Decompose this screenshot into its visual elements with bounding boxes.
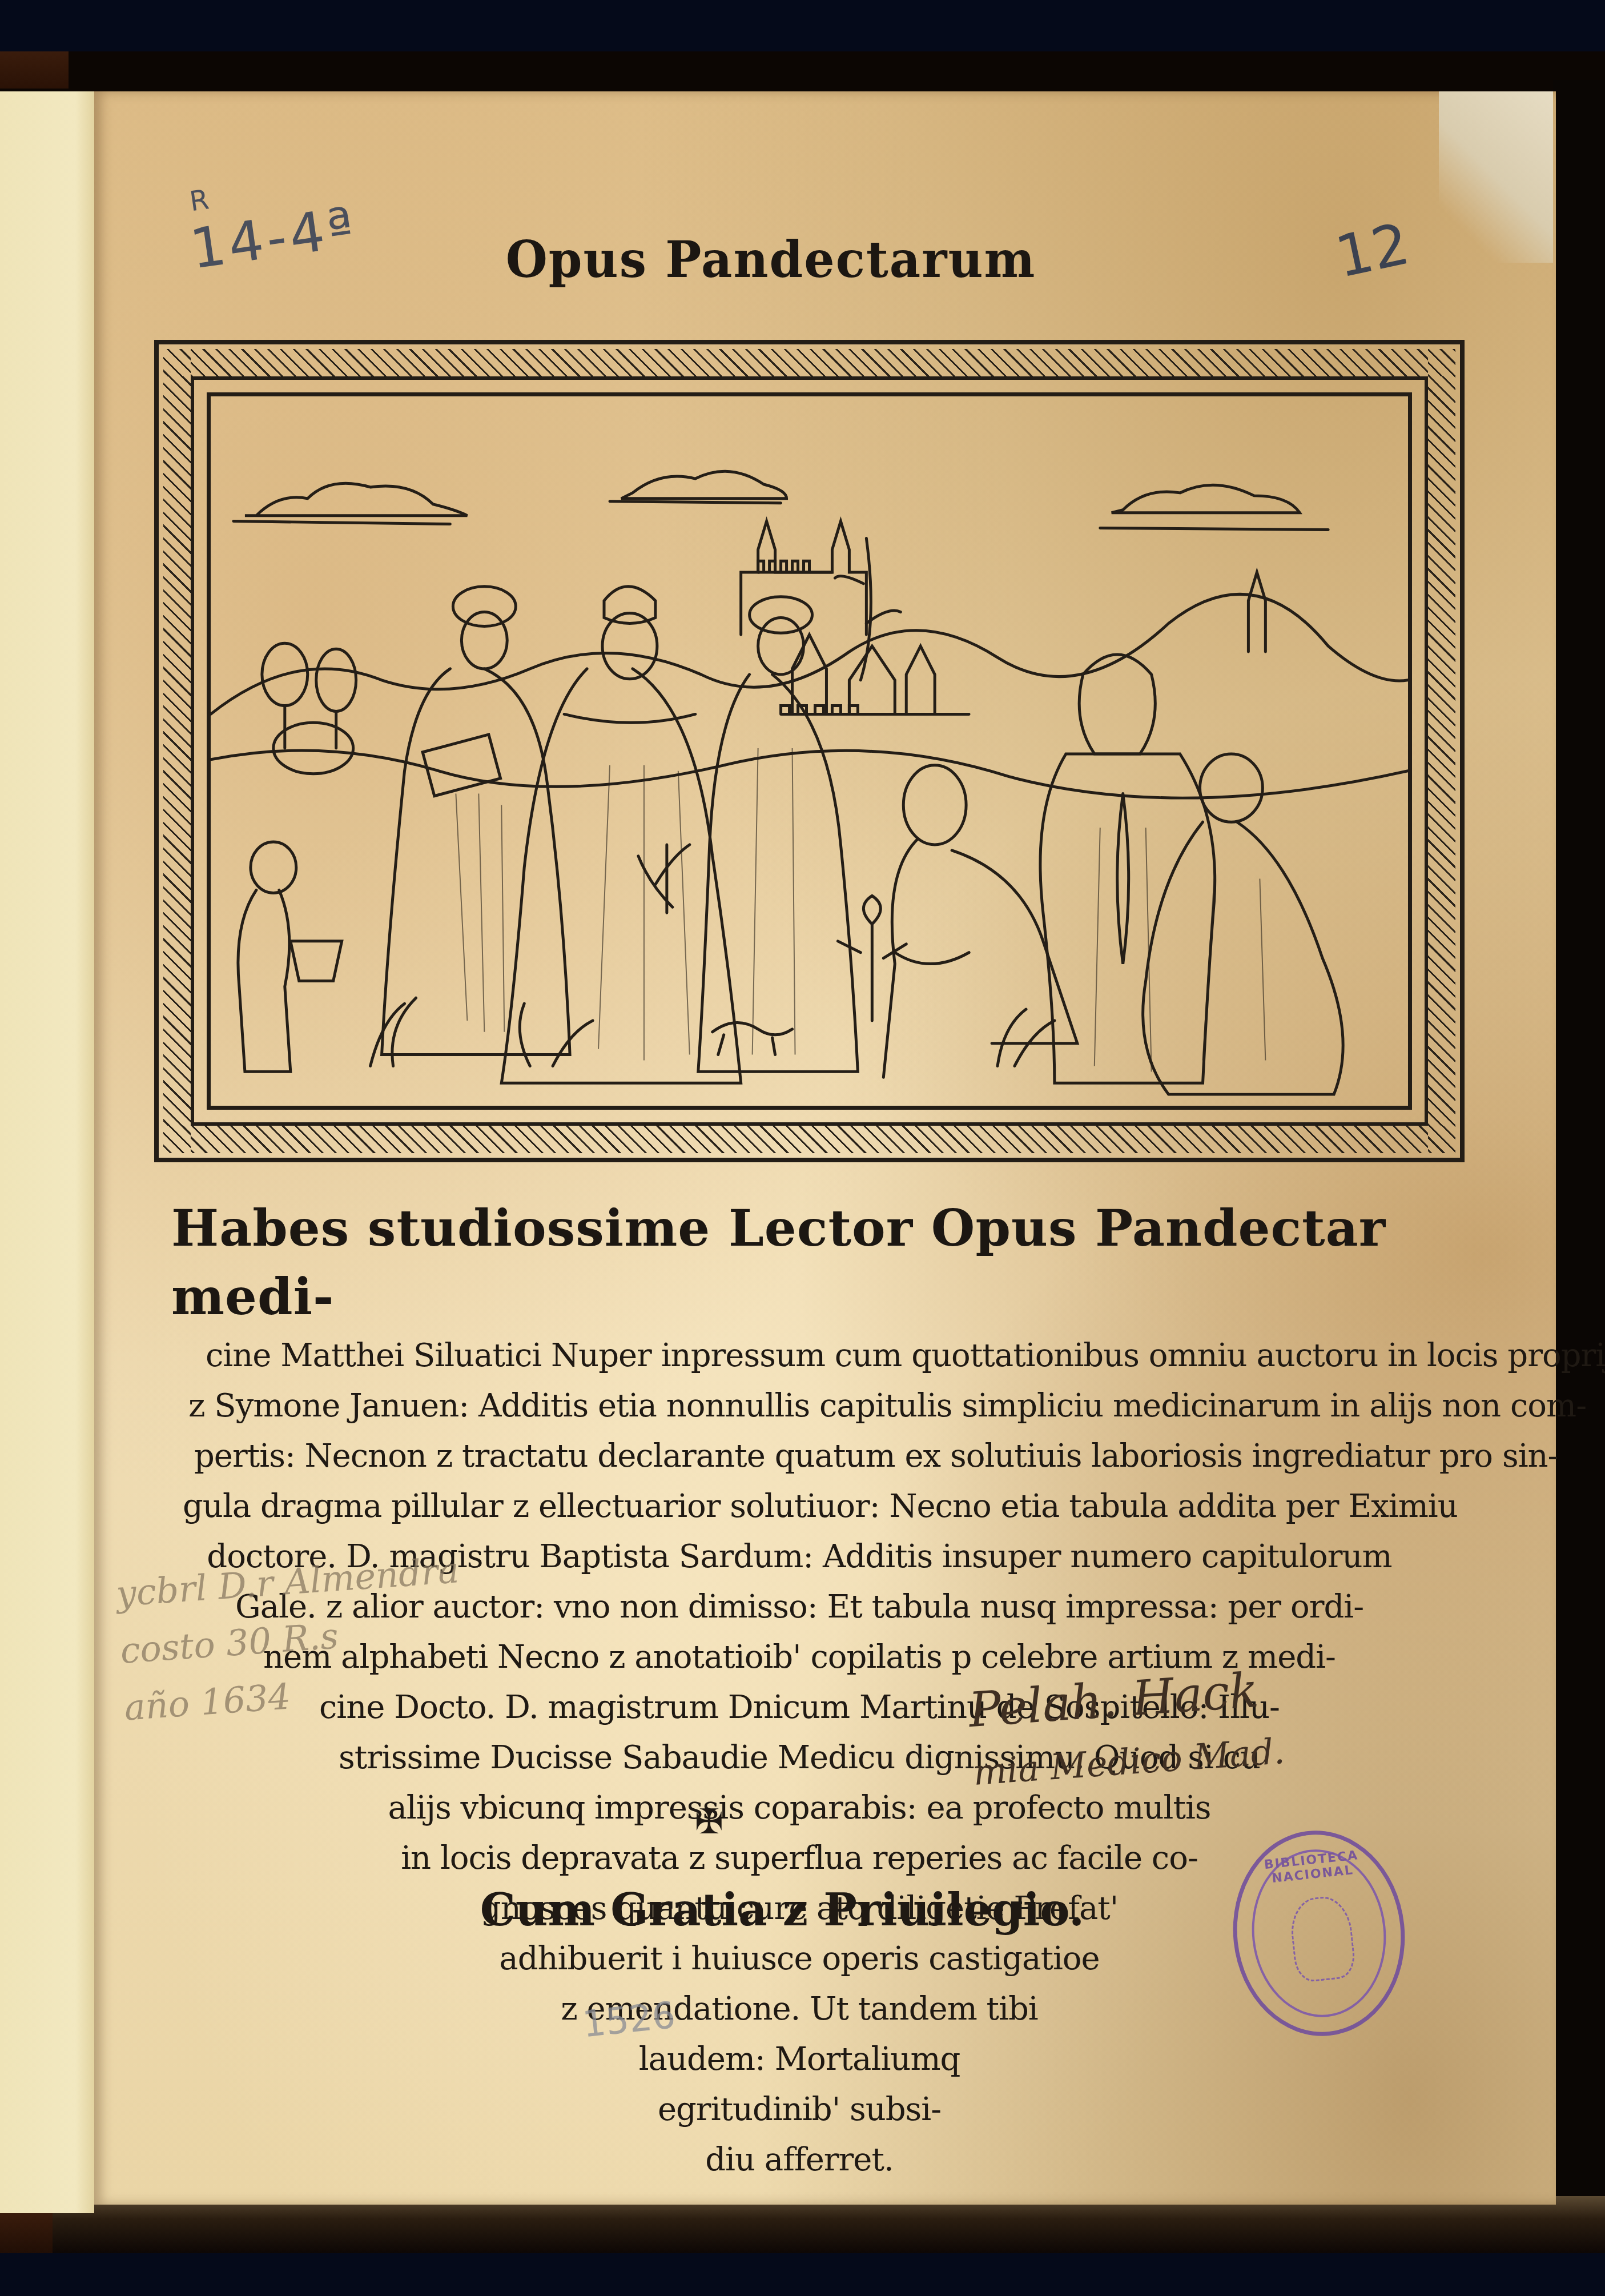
book-cover-right-edge	[1553, 80, 1605, 2216]
privilege-line: Cum Gratia z Priuilegio.	[474, 1885, 1091, 1936]
woodcut-illustration	[154, 340, 1465, 1162]
title-line: z Symone Januen: Additis etia nonnullis …	[171, 1381, 1427, 1431]
title-line: laudem: Mortaliumq	[171, 2034, 1427, 2085]
shelfmark-prefix: R	[188, 183, 211, 218]
title-line: pertis: Necnon z tractatu declarante qua…	[171, 1431, 1427, 1482]
title-line: alijs vbicunq impressis coparabis: ea pr…	[171, 1783, 1427, 1833]
leather-binding-corner	[0, 51, 69, 89]
woodcut-scene	[207, 392, 1412, 1110]
title-line: gula dragma pillular z ellectuarior solu…	[171, 1482, 1427, 1532]
running-title: Opus Pandectarum	[497, 233, 1045, 287]
ink-margin-note: ycbrl D.r Almendra costo 30 R.s año 1634	[114, 1542, 469, 1736]
cross-ornament-icon: ✠	[692, 1805, 726, 1839]
scan-background-bottom	[0, 2253, 1605, 2296]
book-cover-top-edge	[0, 51, 1605, 91]
shelfmark-value: 14-4ª	[186, 195, 361, 282]
leather-binding-corner-bottom	[0, 2213, 53, 2256]
herb-gathering-scene-icon	[211, 396, 1408, 1106]
scan-background-top	[0, 0, 1605, 51]
ink-signature: Pelah. Hack mia Medico Mad.	[967, 1657, 1287, 1804]
flyleaf-page	[0, 91, 94, 2213]
title-line: egritudinib' subsi-	[171, 2085, 1427, 2135]
title-line: diu afferret.	[171, 2135, 1427, 2185]
title-block-lead: Habes studiossime Lector Opus Pandectar …	[171, 1194, 1427, 1331]
worn-page-corner	[1439, 91, 1553, 263]
book-cover-bottom-edge	[51, 2196, 1605, 2253]
title-line: cine Matthei Siluatici Nuper inpressum c…	[171, 1331, 1427, 1381]
title-line: z emendatione. Ut tandem tibi	[171, 1984, 1427, 2034]
